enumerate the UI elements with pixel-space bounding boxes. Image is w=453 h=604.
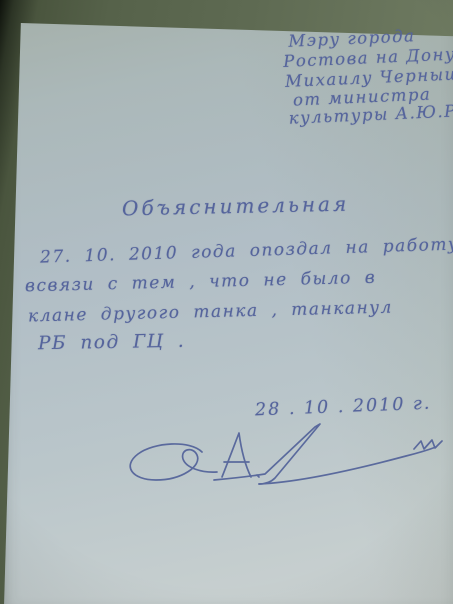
body-line: клане другого танка , танканул [28,298,393,327]
photo-of-note: Мэру города Ростова на Дону Михаилу Черн… [0,0,453,604]
body-line: всвязи с тем , что не было в [25,268,377,297]
note-title: Объяснительная [122,192,350,221]
date-line: 28 . 10 . 2010 г. [255,394,432,421]
handwriting-layer: Мэру города Ростова на Дону Михаилу Черн… [0,0,453,604]
body-line: 27. 10. 2010 года опоздал на работу [40,234,453,267]
body-line: РБ под ГЦ . [38,331,186,355]
recipient-header: Мэру города Ростова на Дону Михаилу Черн… [282,23,453,128]
signature-flourish-icon [118,420,453,498]
